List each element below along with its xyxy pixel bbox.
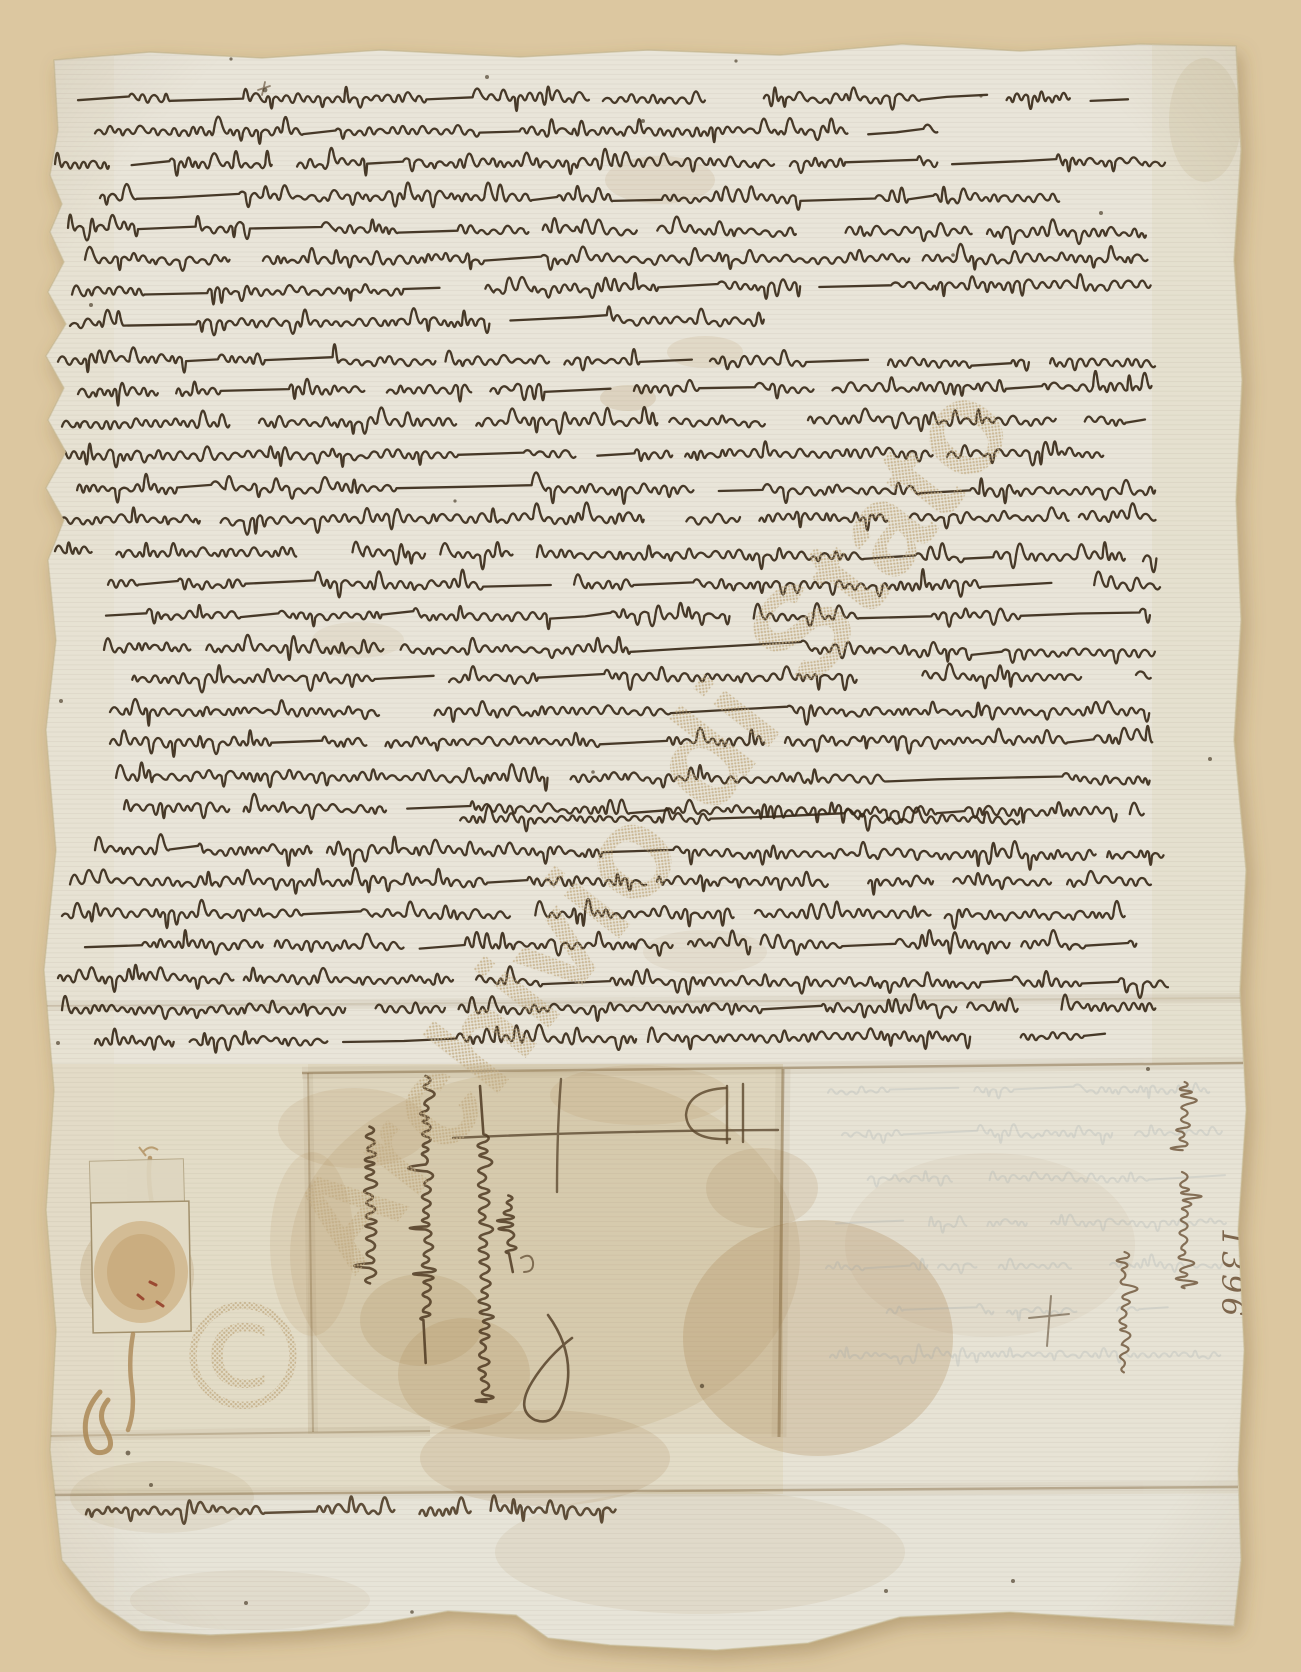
paper-speck xyxy=(1075,31,1080,36)
paper-speck xyxy=(561,1642,565,1646)
edge-vignette xyxy=(40,40,1252,1640)
scanned-letter-page: 1396 © Archivio di Stato xyxy=(0,0,1301,1672)
manuscript-scan: 1396 © Archivio di Stato xyxy=(0,0,1301,1672)
